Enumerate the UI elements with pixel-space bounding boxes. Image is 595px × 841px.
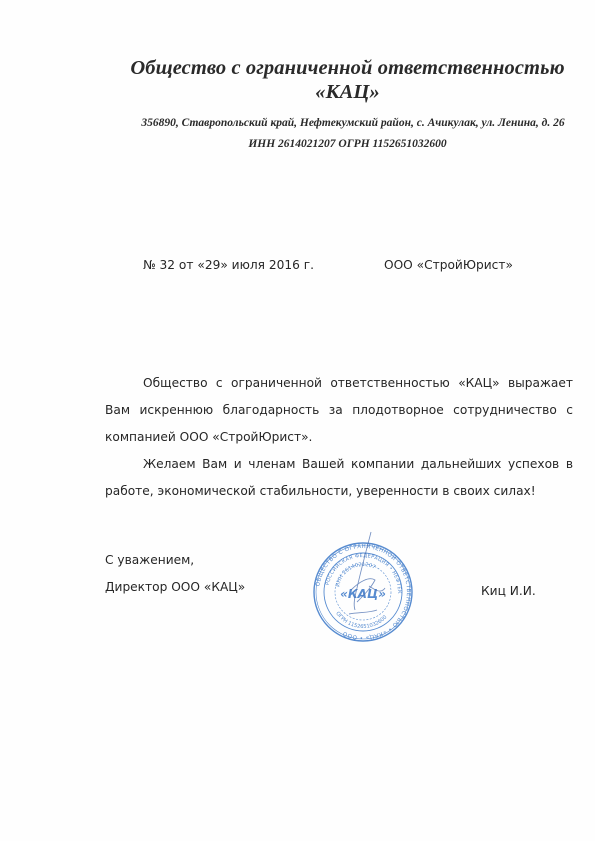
signatory-position: Директор ООО «КАЦ» [105,580,245,594]
letter-reference: № 32 от «29» июля 2016 г. [143,258,314,272]
company-name-line1: Общество с ограниченной ответственностью [100,57,595,80]
body-paragraph-1: Общество с ограниченной ответственностью… [105,370,573,450]
closing-text: С уважением, [105,553,194,567]
company-name-line2: «КАЦ» [100,81,595,104]
body-paragraph-2: Желаем Вам и членам Вашей компании дальн… [105,451,573,505]
svg-text:«КАЦ»: «КАЦ» [340,587,386,601]
company-seal-stamp-icon: ОБЩЕСТВО С ОГРАНИЧЕННОЙ ОТВЕТСТВЕННОСТЬЮ… [311,530,415,648]
letter-addressee: ООО «СтройЮрист» [384,258,513,272]
letter-page: Общество с ограниченной ответственностью… [0,0,595,841]
company-ids: ИНН 2614021207 ОГРН 1152651032600 [100,138,595,150]
company-address: 356890, Ставропольский край, Нефтекумски… [118,117,588,129]
signatory-name: Киц И.И. [481,584,536,598]
